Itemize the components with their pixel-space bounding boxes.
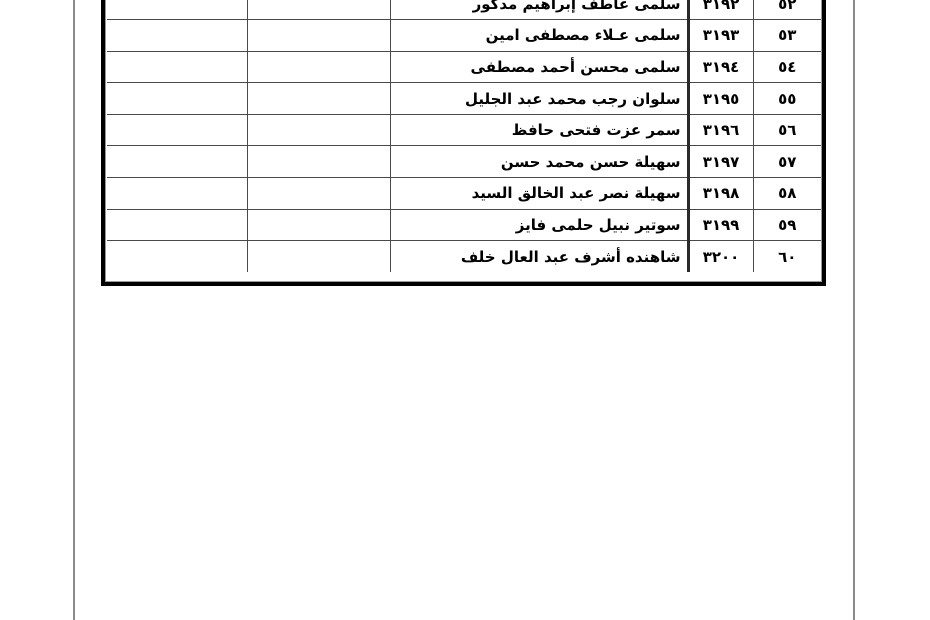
page-right-border [853,0,855,620]
blank-cell [107,51,247,83]
student-code: ٣١٩٢ [688,0,753,20]
blank-cell [107,241,247,273]
student-name: سهيلة نصر عبد الخالق السيد [390,178,688,210]
row-index: ٥٨ [753,178,821,210]
table-row: ٥٤ ٣١٩٤ سلمى محسن أحمد مصطفى [107,51,821,83]
student-code: ٣١٩٨ [688,178,753,210]
student-code: ٣١٩٧ [688,146,753,178]
student-code: ٣١٩٦ [688,114,753,146]
blank-cell [107,20,247,52]
student-code: ٣١٩٥ [688,83,753,115]
row-index: ٥٢ [753,0,821,20]
row-index: ٥٧ [753,146,821,178]
student-name: سمر عزت فتحى حافظ [390,114,688,146]
row-index: ٥٣ [753,20,821,52]
roster-table-inner: ٥٢ ٣١٩٢ سلمى عاطف إبراهيم مدكور ٥٣ ٣١٩٣ … [105,0,822,282]
student-name: سهيلة حسن محمد حسن [390,146,688,178]
blank-cell [247,83,390,115]
page-left-border [73,0,75,620]
blank-cell [107,146,247,178]
blank-cell [107,83,247,115]
blank-cell [107,209,247,241]
blank-cell [107,114,247,146]
blank-cell [247,241,390,273]
roster-table-frame: ٥٢ ٣١٩٢ سلمى عاطف إبراهيم مدكور ٥٣ ٣١٩٣ … [101,0,826,286]
row-index: ٥٦ [753,114,821,146]
blank-cell [107,0,247,20]
student-code: ٣١٩٤ [688,51,753,83]
blank-cell [247,20,390,52]
row-index: ٦٠ [753,241,821,273]
student-code: ٣١٩٣ [688,20,753,52]
student-code: ٣٢٠٠ [688,241,753,273]
blank-cell [247,209,390,241]
table-row: ٥٩ ٣١٩٩ سوتير نبيل حلمى فايز [107,209,821,241]
student-code: ٣١٩٩ [688,209,753,241]
student-name: سلوان رجب محمد عبد الجليل [390,83,688,115]
blank-cell [247,0,390,20]
blank-cell [247,146,390,178]
row-index: ٥٥ [753,83,821,115]
table-row: ٥٥ ٣١٩٥ سلوان رجب محمد عبد الجليل [107,83,821,115]
roster-table: ٥٢ ٣١٩٢ سلمى عاطف إبراهيم مدكور ٥٣ ٣١٩٣ … [107,0,821,272]
student-name: سوتير نبيل حلمى فايز [390,209,688,241]
table-row: ٥٣ ٣١٩٣ سلمى عـلاء مصطفى امين [107,20,821,52]
blank-cell [107,178,247,210]
table-row: ٦٠ ٣٢٠٠ شاهنده أشرف عبد العال خلف [107,241,821,273]
blank-cell [247,114,390,146]
student-name: سلمى عـلاء مصطفى امين [390,20,688,52]
row-index: ٥٤ [753,51,821,83]
blank-cell [247,178,390,210]
student-name: سلمى محسن أحمد مصطفى [390,51,688,83]
student-name: شاهنده أشرف عبد العال خلف [390,241,688,273]
table-row: ٥٦ ٣١٩٦ سمر عزت فتحى حافظ [107,114,821,146]
blank-cell [247,51,390,83]
student-name: سلمى عاطف إبراهيم مدكور [390,0,688,20]
table-row: ٥٨ ٣١٩٨ سهيلة نصر عبد الخالق السيد [107,178,821,210]
table-row: ٥٢ ٣١٩٢ سلمى عاطف إبراهيم مدكور [107,0,821,20]
table-row: ٥٧ ٣١٩٧ سهيلة حسن محمد حسن [107,146,821,178]
row-index: ٥٩ [753,209,821,241]
